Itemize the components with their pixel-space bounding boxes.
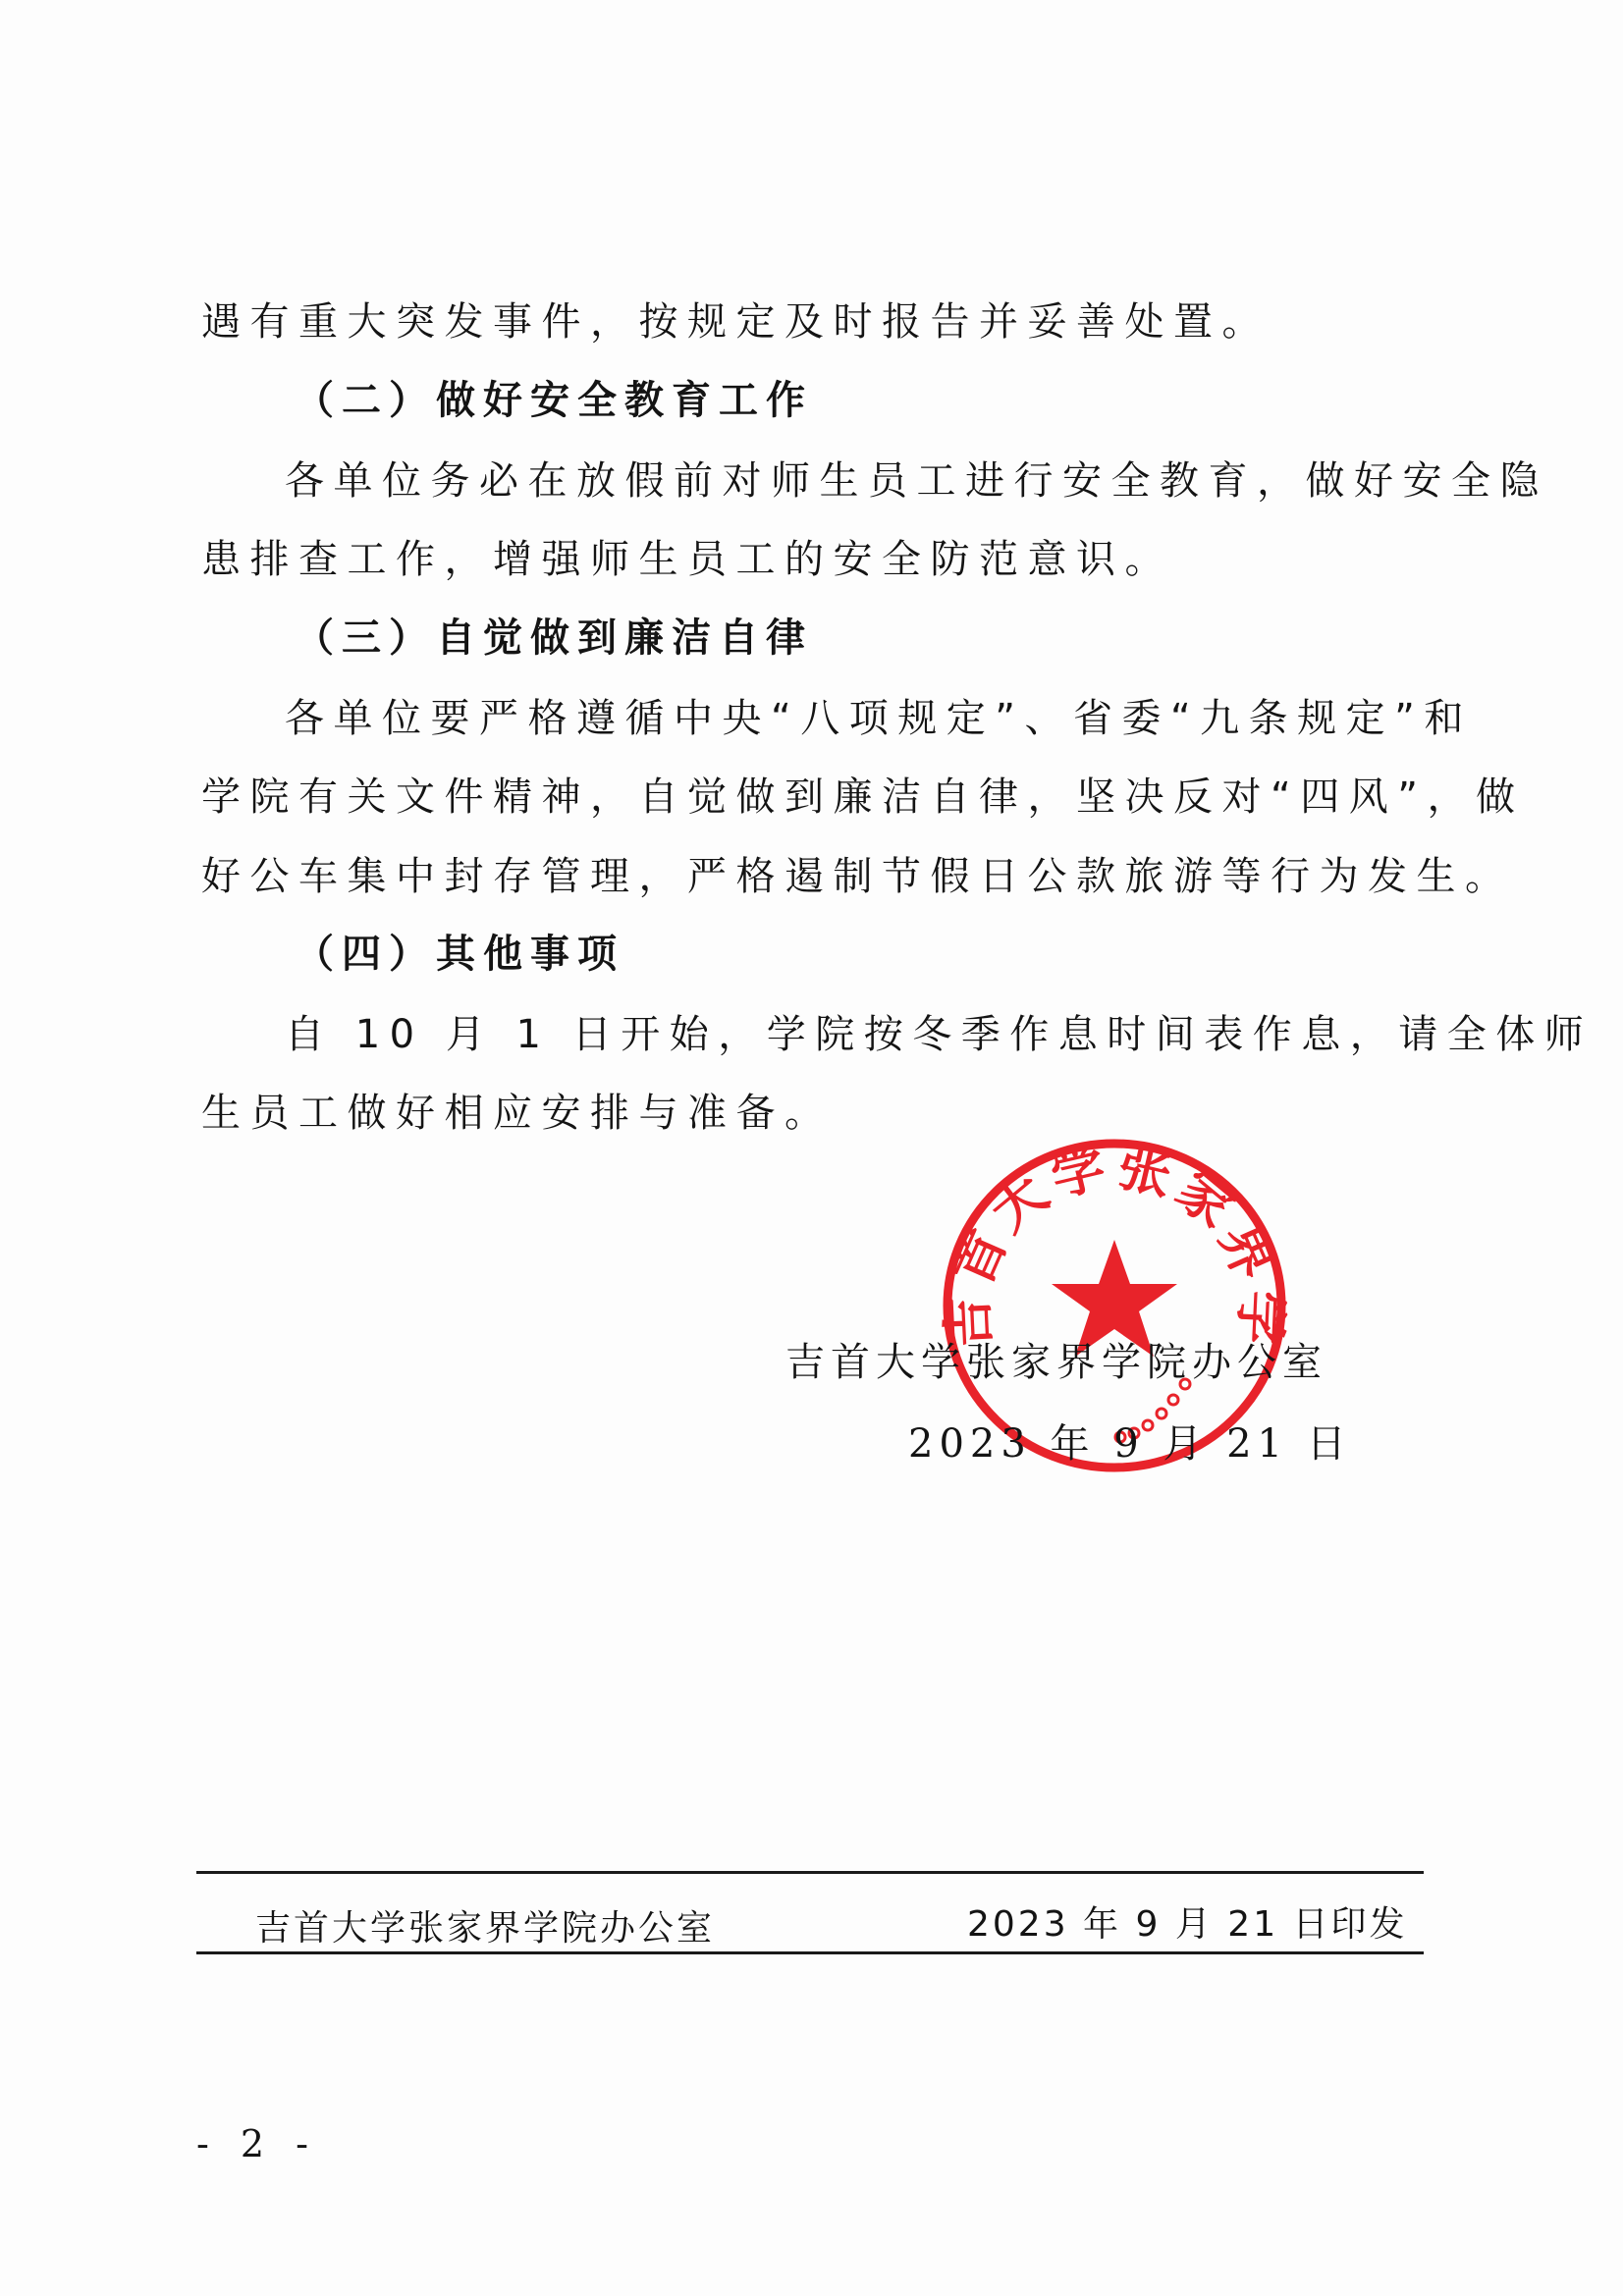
paragraph-line: 学院有关文件精神，自觉做到廉洁自律，坚决反对“四风”，做 [201, 770, 1424, 825]
paragraph-line: 生员工做好相应安排与准备。 [201, 1086, 1424, 1141]
document-page: 遇有重大突发事件，按规定及时报告并妥善处置。 （二）做好安全教育工作 各单位务必… [0, 0, 1623, 2296]
paragraph-line: 患排查工作，增强师生员工的安全防范意识。 [201, 532, 1424, 587]
footer-top-rule [196, 1871, 1424, 1874]
signature-date: 2023 年 9 月 21 日 [908, 1416, 1352, 1471]
paragraph-line: 各单位务必在放假前对师生员工进行安全教育，做好安全隐 [285, 454, 1507, 508]
paragraph-line: 遇有重大突发事件，按规定及时报告并妥善处置。 [201, 294, 1424, 349]
paragraph-line: 各单位要严格遵循中央“八项规定”、省委“九条规定”和 [285, 691, 1507, 746]
section-heading-2: （二）做好安全教育工作 [295, 373, 1517, 428]
paragraph-line: 自 10 月 1 日开始，学院按冬季作息时间表作息，请全体师 [285, 1007, 1507, 1062]
footer-printed-date: 2023 年 9 月 21 日印发 [967, 1900, 1408, 1949]
page-number: - 2 - [196, 2122, 318, 2165]
signature-issuer: 吉首大学张家界学院办公室 [785, 1335, 1327, 1390]
section-heading-3: （三）自觉做到廉洁自律 [295, 611, 1517, 666]
footer-bottom-rule [196, 1951, 1424, 1954]
footer-issuer: 吉首大学张家界学院办公室 [255, 1904, 715, 1953]
paragraph-line: 好公车集中封存管理，严格遏制节假日公款旅游等行为发生。 [201, 849, 1424, 904]
section-heading-4: （四）其他事项 [295, 927, 1517, 982]
